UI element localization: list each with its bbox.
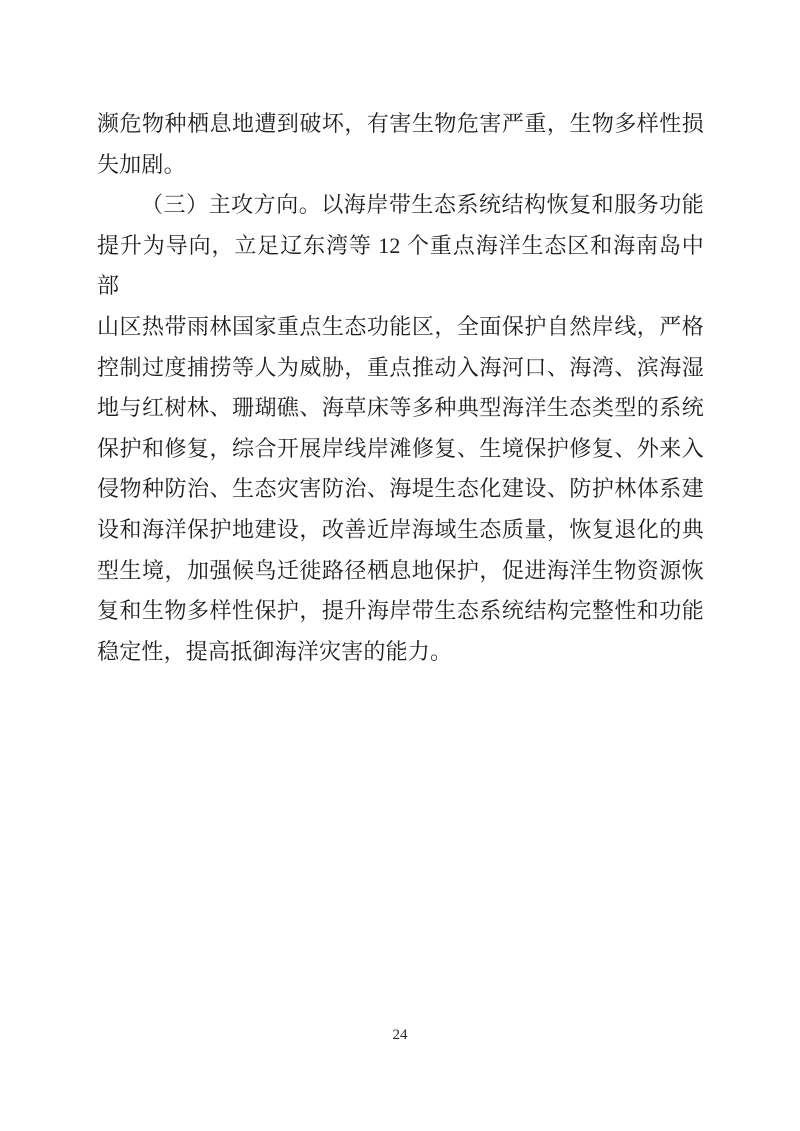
text-line: 提升为导向，立足辽东湾等 12 个重点海洋生态区和海南岛中部: [97, 226, 704, 307]
text-line: 山区热带雨林国家重点生态功能区，全面保护自然岸线，严格: [97, 307, 704, 348]
text-line: 稳定性，提高抵御海洋灾害的能力。: [97, 632, 704, 673]
paragraph-2: （三）主攻方向。以海岸带生态系统结构恢复和服务功能 提升为导向，立足辽东湾等 1…: [97, 185, 704, 672]
text-line: 濒危物种栖息地遭到破坏，有害生物危害严重，生物多样性损: [97, 104, 704, 145]
paragraph-1: 濒危物种栖息地遭到破坏，有害生物危害严重，生物多样性损 失加剧。: [97, 104, 704, 185]
page-number: 24: [0, 1027, 800, 1044]
body-text-block: 濒危物种栖息地遭到破坏，有害生物危害严重，生物多样性损 失加剧。 （三）主攻方向…: [97, 104, 704, 672]
text-line: （三）主攻方向。以海岸带生态系统结构恢复和服务功能: [97, 185, 704, 226]
text-line: 复和生物多样性保护，提升海岸带生态系统结构完整性和功能: [97, 591, 704, 632]
text-line: 保护和修复，综合开展岸线岸滩修复、生境保护修复、外来入: [97, 429, 704, 470]
text-line: 控制过度捕捞等人为威胁，重点推动入海河口、海湾、滨海湿: [97, 348, 704, 389]
text-line: 设和海洋保护地建设，改善近岸海域生态质量，恢复退化的典: [97, 510, 704, 551]
text-line: 型生境，加强候鸟迁徙路径栖息地保护，促进海洋生物资源恢: [97, 551, 704, 592]
text-line: 侵物种防治、生态灾害防治、海堤生态化建设、防护林体系建: [97, 469, 704, 510]
text-line: 失加剧。: [97, 145, 704, 186]
text-line: 地与红树林、珊瑚礁、海草床等多种典型海洋生态类型的系统: [97, 388, 704, 429]
document-page: 濒危物种栖息地遭到破坏，有害生物危害严重，生物多样性损 失加剧。 （三）主攻方向…: [0, 0, 800, 1131]
